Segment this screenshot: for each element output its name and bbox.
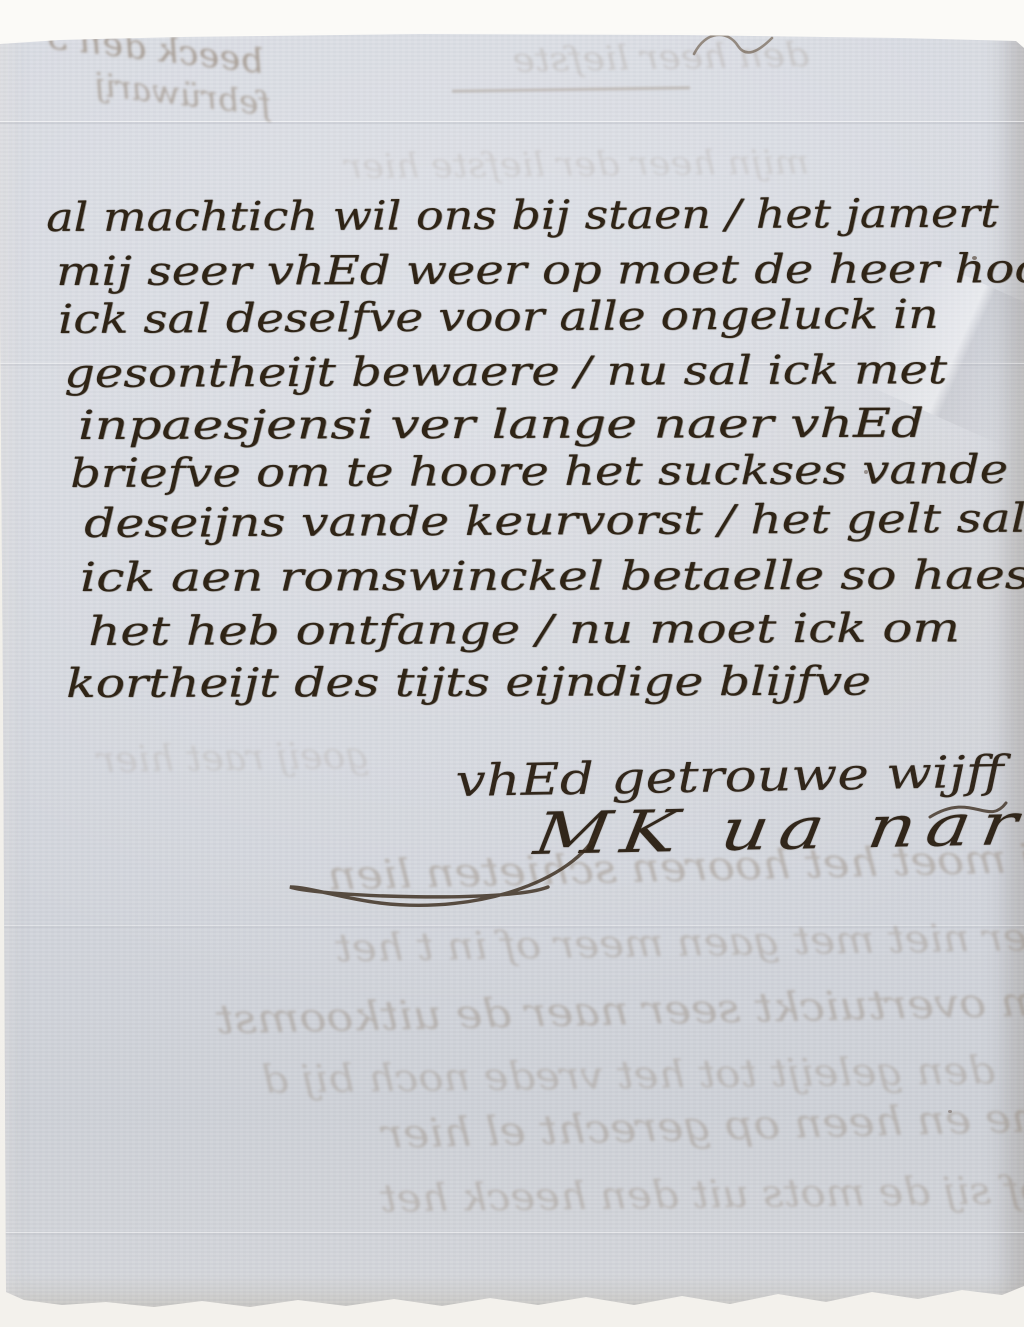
bleedthrough-line: febrüwarij — [19, 59, 273, 120]
handwriting-line: deseijns vande keurvorst / het gelt sal — [84, 499, 1024, 544]
handwriting-line: ick aen romswinckel betaelle so haest — [80, 555, 1024, 598]
bleedthrough-line: of sij de mots uit den heeck het — [0, 1171, 1024, 1223]
letter-scan: beeck den 5 febrüwarij den heer liefste … — [0, 0, 1024, 1327]
handwriting-line: ick sal deselfve voor alle ongeluck in — [58, 295, 939, 340]
fold-crease — [0, 1232, 1024, 1236]
handwriting-line: het heb ontfange / nu moet ick om — [88, 608, 960, 652]
bleedthrough-line: me en heen op gerecht el hier — [107, 1098, 1024, 1162]
handwriting-line: mij seer vhEd weer op moet de heer hoope — [56, 249, 1024, 292]
handwriting-line: kortheijt des tijts eijndige blijfve — [66, 662, 871, 704]
handwriting-line: briefve om te hoore het suckses vande — [70, 450, 1008, 494]
handwriting-line: gesontheijt bewaere / nu sal ick met — [64, 350, 947, 394]
handwriting-line: al machtich wil ons bij staen / het jame… — [46, 194, 999, 238]
signature-flourish — [230, 775, 1024, 935]
paper-sheet: beeck den 5 febrüwarij den heer liefste … — [0, 0, 1024, 1327]
handwriting-line: inpaesjensi ver lange naer vhEd — [78, 404, 924, 446]
bleedthrough-line: beeck den 5 — [1, 15, 266, 79]
bleedthrough-stroke — [452, 86, 690, 92]
bleedthrough-line: den geleijt tot het vrede noch bij d — [0, 1051, 995, 1102]
ink-speck — [948, 1110, 952, 1113]
ink-squiggle — [688, 22, 778, 68]
bleedthrough-line: om overtuickt seer naer de uitkoomst — [0, 982, 1024, 1046]
fold-crease — [0, 121, 1024, 125]
bleedthrough-line: mijn heer der liefste hier — [291, 145, 810, 184]
